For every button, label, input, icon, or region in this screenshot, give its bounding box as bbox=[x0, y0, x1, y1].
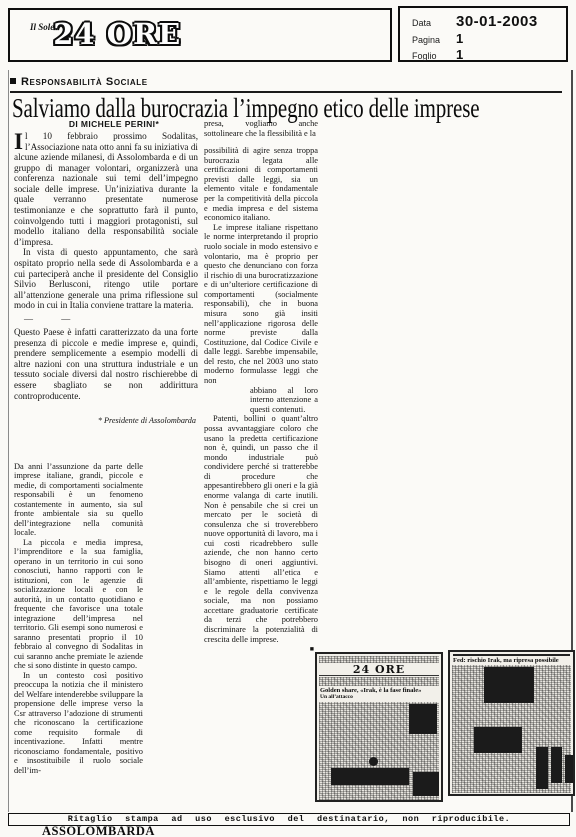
paragraph: possibilità di agire senza troppa burocr… bbox=[204, 146, 318, 223]
section-bullet-icon bbox=[10, 78, 16, 84]
wrapped-text-block: abbiano al loro interno attenzione a que… bbox=[250, 386, 318, 415]
thumbnail-text-noise bbox=[319, 702, 439, 800]
article-end-mark: ■ bbox=[204, 646, 318, 654]
photo-block bbox=[409, 704, 437, 734]
paragraph: Il 10 febbraio prossimo Sodalitas, l’Ass… bbox=[14, 131, 198, 247]
meta-value-data: 30-01-2003 bbox=[456, 13, 538, 30]
thumbnail-subhead: Un all’attacco bbox=[317, 694, 441, 701]
article-column-left: Il 10 febbraio prossimo Sodalitas, l’Ass… bbox=[14, 131, 198, 426]
meta-row-pagina: Pagina 1 bbox=[412, 31, 566, 46]
clipping-meta-box: Data 30-01-2003 Pagina 1 Foglio 1 bbox=[398, 6, 568, 62]
photo-block bbox=[565, 755, 573, 783]
paragraph-text: l 10 febbraio prossimo Sodalitas, l’Asso… bbox=[14, 131, 198, 247]
article-byline: DI MICHELE PERINI* bbox=[36, 119, 192, 129]
section-kicker-label: Responsabilità Sociale bbox=[21, 76, 148, 88]
meta-label-foglio: Foglio bbox=[412, 51, 456, 61]
paragraph: In vista di questo appuntamento, che sar… bbox=[14, 247, 198, 310]
photo-block bbox=[474, 727, 522, 753]
section-kicker: Responsabilità Sociale bbox=[10, 76, 562, 93]
thumbnail-headline: Fed: rischio Irak, ma ripresa possibile bbox=[450, 657, 573, 664]
thumbnail-text-noise bbox=[452, 665, 571, 793]
meta-row-date: Data 30-01-2003 bbox=[412, 13, 566, 30]
paragraph: presa, vogliamo anche sottolineare che l… bbox=[204, 119, 318, 138]
thumbnail-headline: Golden share, «Irak, è la fase finale» bbox=[317, 687, 441, 694]
newspaper-logo-box: Il Sole24 ORE bbox=[8, 8, 392, 62]
meta-label-data: Data bbox=[412, 18, 456, 28]
newspaper-logo: Il Sole24 ORE bbox=[30, 17, 181, 51]
article-column-right: presa, vogliamo anche sottolineare che l… bbox=[204, 119, 318, 654]
logo-24ore-text: 24 ORE bbox=[53, 17, 181, 51]
meta-value-foglio: 1 bbox=[456, 47, 463, 62]
photo-block bbox=[484, 667, 534, 703]
press-clipping-page: Il Sole24 ORE Data 30-01-2003 Pagina 1 F… bbox=[0, 0, 576, 837]
meta-row-foglio: Foglio 1 bbox=[412, 47, 566, 62]
page-thumbnail-inner: Fed: rischio Irak, ma ripresa possibile bbox=[448, 650, 575, 796]
photo-block bbox=[331, 768, 409, 785]
thumbnail-top-strip bbox=[319, 656, 439, 663]
paragraph: La piccola e media impresa, l’imprendito… bbox=[14, 538, 143, 671]
thumbnail-rule bbox=[453, 654, 570, 656]
meta-value-pagina: 1 bbox=[456, 31, 463, 46]
footer-brand: ASSOLOMBARDA bbox=[42, 824, 155, 837]
meta-label-pagina: Pagina bbox=[412, 35, 456, 45]
page-thumbnail-front: 24 ORE Golden share, «Irak, è la fase fi… bbox=[315, 652, 443, 802]
paragraph: Le imprese italiane rispettano le norme … bbox=[204, 223, 318, 386]
paragraph-separator: — — bbox=[24, 314, 198, 324]
drop-cap: I bbox=[14, 131, 25, 152]
author-footnote: * Presidente di Assolombarda bbox=[14, 416, 198, 425]
paragraph: Patenti, bollini o quant’altro possa avv… bbox=[204, 414, 318, 644]
column-gap bbox=[204, 138, 318, 146]
logo-ilsole-text: Il Sole bbox=[30, 22, 54, 32]
thumbnail-masthead: 24 ORE bbox=[319, 664, 439, 676]
article-column-left-narrow: Da anni l’assunzione da parte delle impr… bbox=[14, 462, 143, 775]
paragraph: Da anni l’assunzione da parte delle impr… bbox=[14, 462, 143, 538]
paragraph: Questo Paese è infatti caratterizzato da… bbox=[14, 327, 198, 401]
thumbnail-teaser-band bbox=[319, 677, 439, 686]
photo-block bbox=[369, 757, 378, 766]
photo-block bbox=[413, 772, 439, 796]
photo-block bbox=[551, 747, 562, 783]
photo-block bbox=[536, 747, 548, 789]
paragraph: In un contesto così positivo preoccupa l… bbox=[14, 671, 143, 775]
